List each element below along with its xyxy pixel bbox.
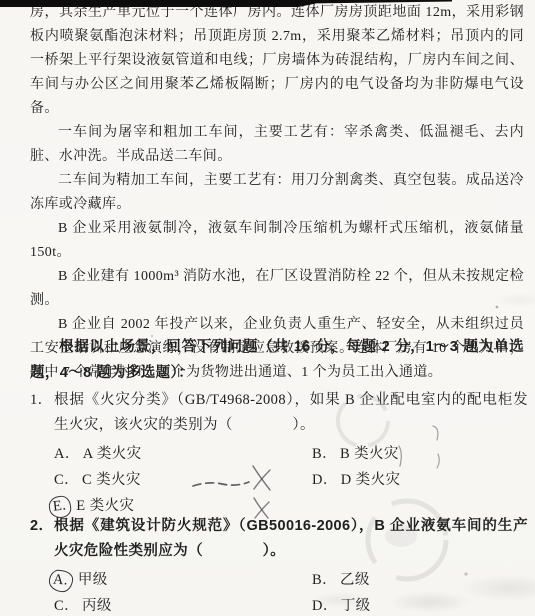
scenario-paragraph: B 企业采用液氨制冷，液氨车间制冷压缩机为螺杆式压缩机，液氨储量 150t。 <box>30 217 524 265</box>
option-q2-c-text: 丙级 <box>82 598 112 614</box>
option-q2-a-text: 甲级 <box>78 572 108 588</box>
option-q2-c-label: C． <box>54 598 79 614</box>
scenario-paragraph: 一车间为屠宰和粗加工车间，主要工艺有：宰杀禽类、低温褪毛、去内脏、水冲洗。半成品… <box>30 121 524 169</box>
option-q1-e-text: E 类火灾 <box>76 498 134 514</box>
scanned-exam-page: 房，其余生产单元位于一个连体厂房内。连体厂房房顶距地面 12m，采用彩钢板内喷聚… <box>0 0 535 616</box>
question-1-text: 根据《火灾分类》（GB/T4968-2008），如果 B 企业配电室内的配电柜发… <box>54 388 528 438</box>
option-q2-d-text: 丁级 <box>341 598 371 614</box>
instruction-text: 根据以上场景，回答下列问题（共 16 分，每题 2 分，1～3 题为单选题，4～… <box>30 334 524 386</box>
question-1-options: A．A 类火灾 B．B 类火灾 C．C 类火灾 D．D 类火灾 E.E 类火灾 <box>30 441 528 519</box>
option-q2-b-text: 乙级 <box>340 572 370 588</box>
option-q2-b: B．乙级 <box>312 567 528 593</box>
option-q2-c: C．丙级 <box>54 593 312 616</box>
scenario-paragraph: 房，其余生产单元位于一个连体厂房内。连体厂房房顶距地面 12m，采用彩钢板内喷聚… <box>30 1 524 121</box>
option-q1-b-text: B 类火灾 <box>340 446 399 462</box>
option-q2-d: D．丁级 <box>312 593 528 616</box>
option-q1-a-text: A 类火灾 <box>83 446 142 462</box>
option-q1-d-text: D 类火灾 <box>341 472 401 488</box>
question-1: 1． 根据《火灾分类》（GB/T4968-2008），如果 B 企业配电室内的配… <box>30 388 528 519</box>
option-q2-d-label: D． <box>312 598 338 614</box>
question-2-text: 根据《建筑设计防火规范》（GB50016-2006），B 企业液氨车间的生产火灾… <box>54 514 528 564</box>
scenario-paragraph: 二车间为精加工车间，主要工艺有：用刀分割禽类、真空包装。成品送冷冻库或冷藏库。 <box>30 169 524 217</box>
option-q2-a: A.甲级 <box>54 567 312 593</box>
option-q1-b: B．B 类火灾 <box>312 441 528 467</box>
question-2-number: 2． <box>30 514 54 564</box>
question-2-title: 2． 根据《建筑设计防火规范》（GB50016-2006），B 企业液氨车间的生… <box>30 514 528 564</box>
scenario-text: 房，其余生产单元位于一个连体厂房内。连体厂房房顶距地面 12m，采用彩钢板内喷聚… <box>30 1 524 385</box>
question-1-number: 1． <box>30 388 54 438</box>
question-2-options: A.甲级 B．乙级 C．丙级 D．丁级 <box>30 567 528 616</box>
option-q1-a: A．A 类火灾 <box>54 441 312 467</box>
option-q1-d: D．D 类火灾 <box>312 467 528 493</box>
question-1-title: 1． 根据《火灾分类》（GB/T4968-2008），如果 B 企业配电室内的配… <box>30 388 528 438</box>
option-q2-b-label: B． <box>312 572 337 588</box>
answer-circle-mark-q2: A. <box>48 569 73 593</box>
option-q1-a-label: A． <box>54 446 80 462</box>
option-q1-c-label: C． <box>54 472 79 488</box>
option-q1-c-text: C 类火灾 <box>82 472 141 488</box>
option-q1-d-label: D． <box>312 472 338 488</box>
scenario-paragraph: B 企业建有 1000m³ 消防水池，在厂区设置消防栓 22 个，但从未按规定检… <box>30 265 524 313</box>
option-q1-c: C．C 类火灾 <box>54 467 312 493</box>
option-q1-b-label: B． <box>312 446 337 462</box>
question-2: 2． 根据《建筑设计防火规范》（GB50016-2006），B 企业液氨车间的生… <box>30 514 528 616</box>
